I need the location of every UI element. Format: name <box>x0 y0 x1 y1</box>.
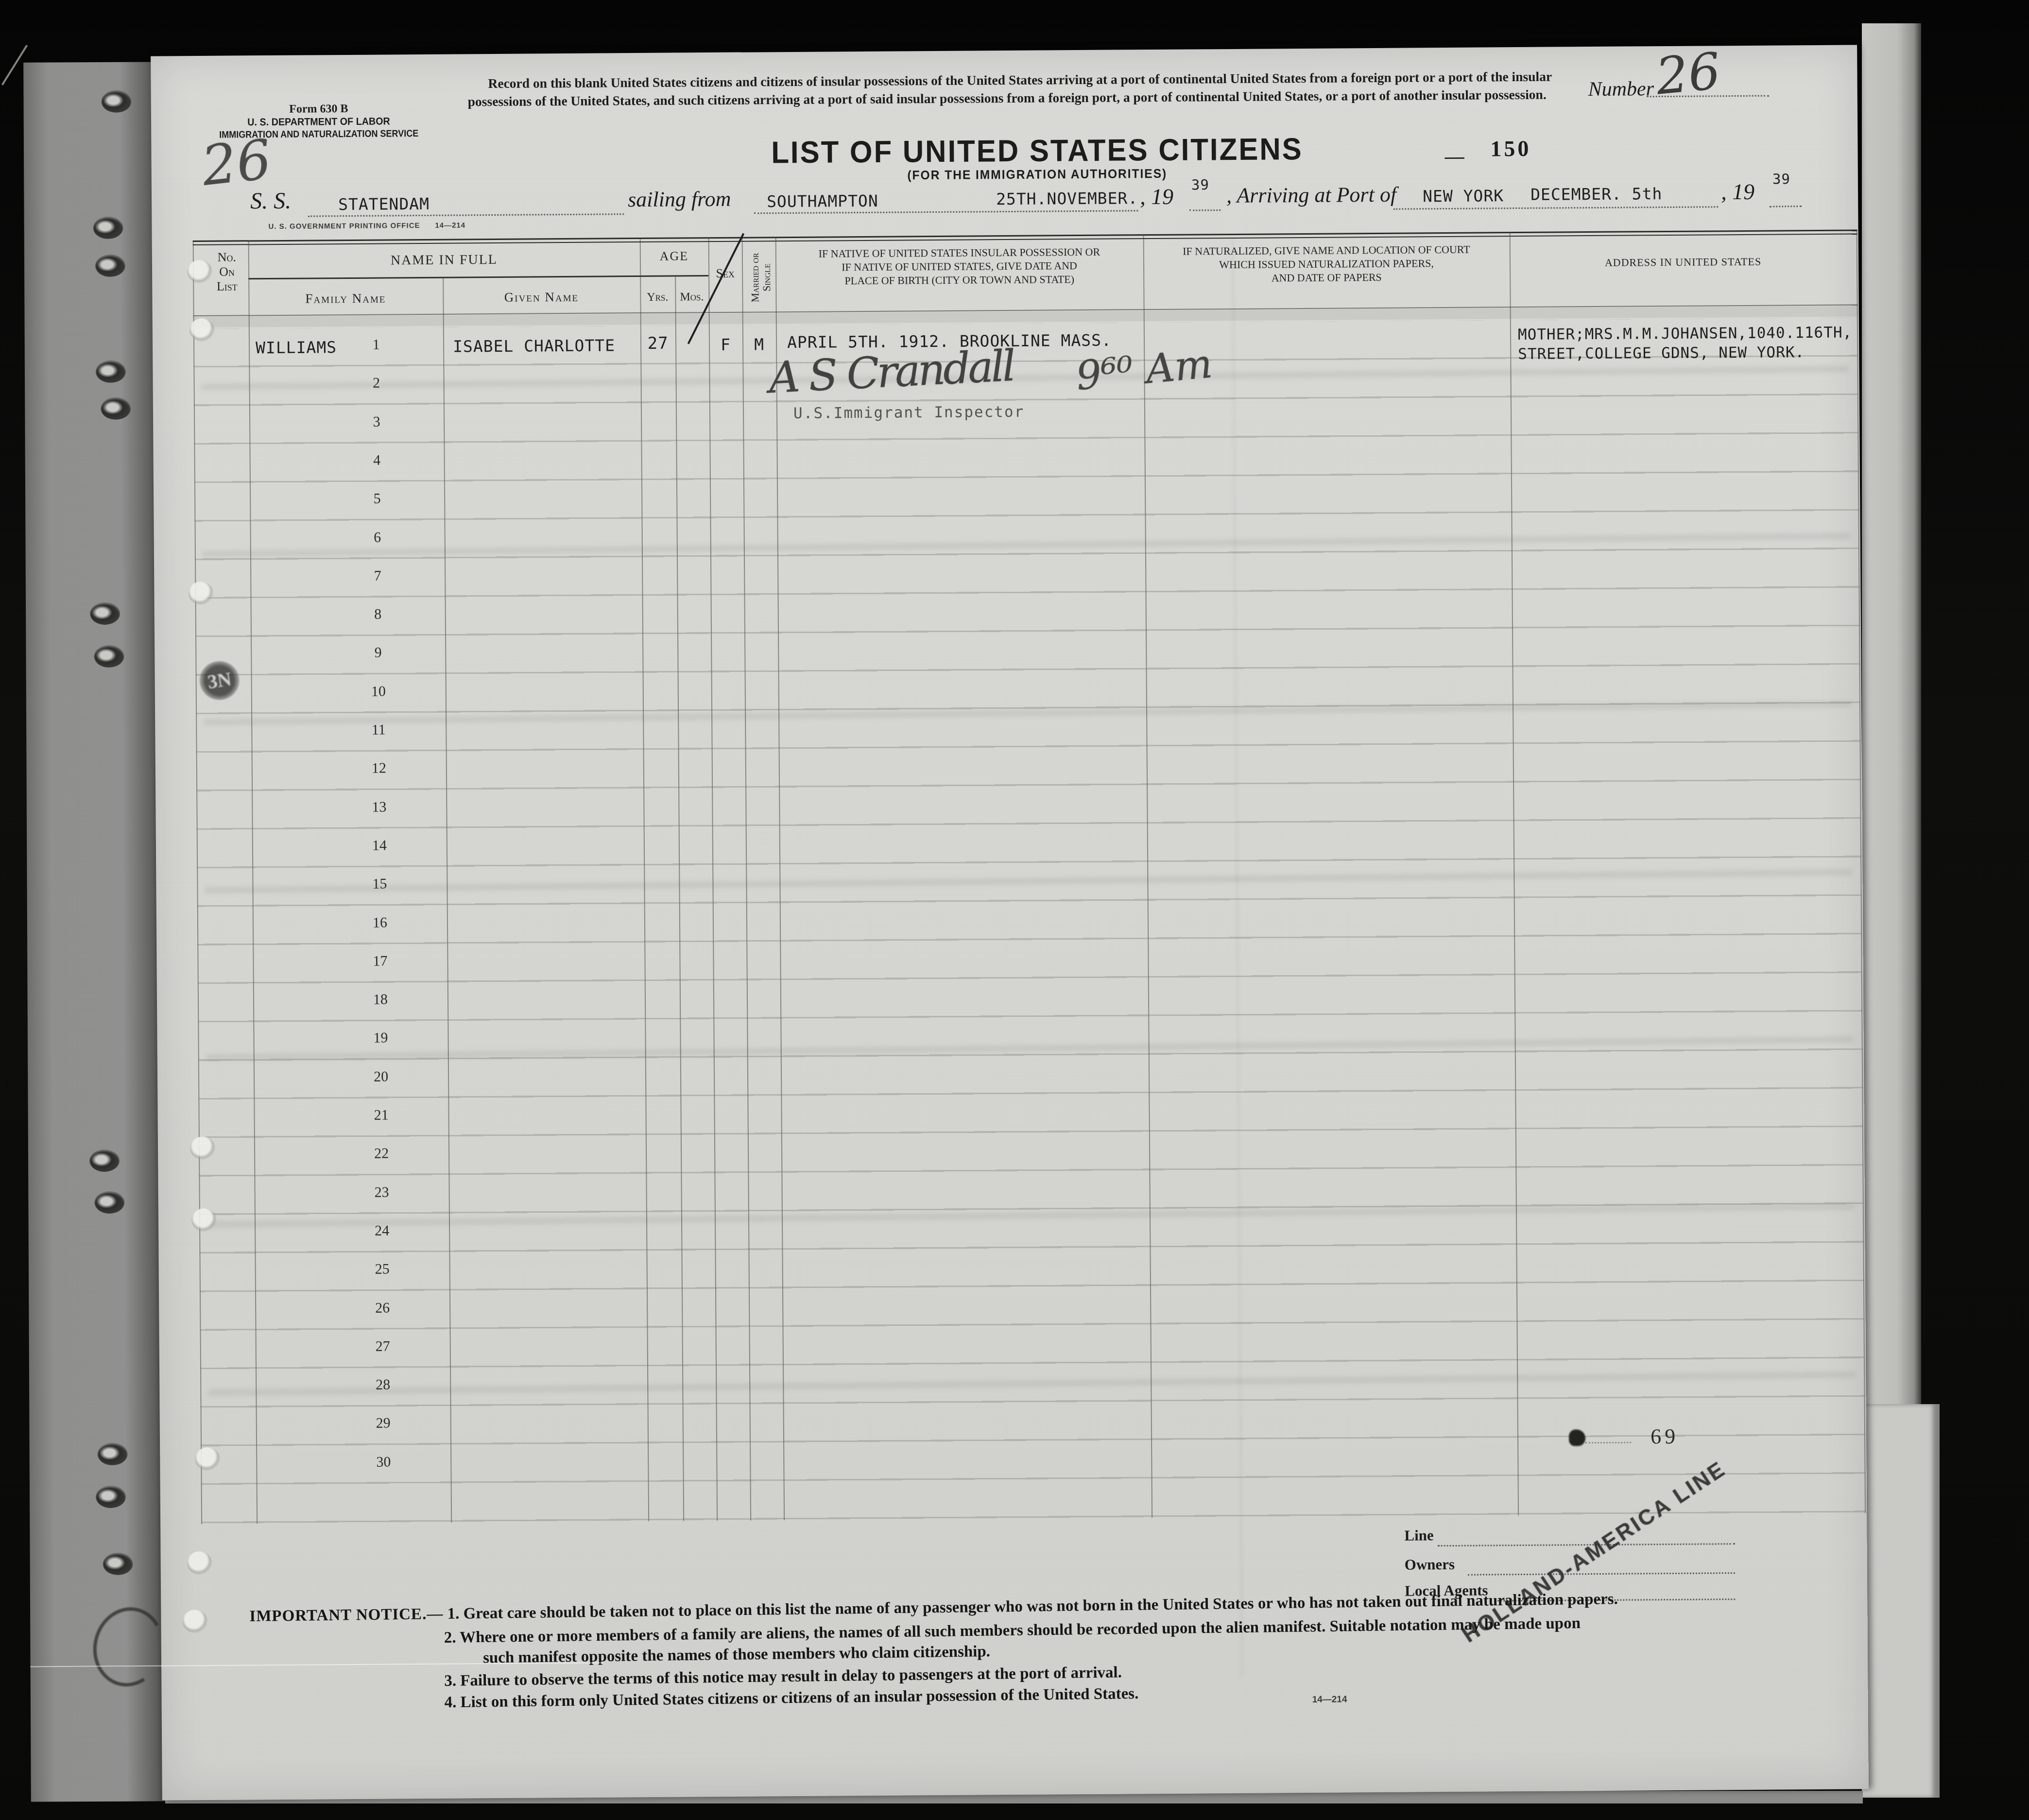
pencil-c-mark <box>85 1600 172 1694</box>
second-page-edge-lower <box>1862 1404 1940 1798</box>
punch-hole <box>182 1610 207 1633</box>
punch-hole <box>187 1551 212 1575</box>
row-number: 23 <box>366 1184 397 1201</box>
stamp-3n-text: 3N <box>198 666 241 694</box>
number-label: Number <box>1588 77 1654 101</box>
row-ruling <box>193 318 1866 1525</box>
cell-married-or-single: M <box>742 335 776 354</box>
cell-given-name: ISABEL CHARLOTTE <box>453 336 615 356</box>
row-number: 25 <box>367 1261 398 1278</box>
port-of-arrival: NEW YORK <box>1423 186 1504 206</box>
departure-date: 25TH.NOVEMBER. <box>996 189 1138 208</box>
row-number: 21 <box>365 1107 396 1123</box>
sailing-from-label: sailing from <box>628 187 731 212</box>
punch-hole <box>191 1208 217 1232</box>
row-number: 3 <box>361 413 392 430</box>
row-number: 17 <box>364 953 395 969</box>
row-number: 16 <box>364 914 395 931</box>
punch-hole <box>189 318 215 342</box>
punch-hole <box>195 1447 220 1471</box>
manifest-page: 26 Form 630 B U. S. DEPARTMENT OF LABOR … <box>151 45 1869 1800</box>
punch-hole <box>187 260 212 283</box>
departure-year-rule <box>1189 209 1221 211</box>
row-number: 13 <box>363 799 395 815</box>
punch-hole <box>188 582 213 605</box>
row-number: 14 <box>364 837 395 854</box>
binding-strip <box>23 62 168 1802</box>
row-number: 9 <box>362 645 394 661</box>
holland-america-stamp: HOLLAND-AMERICA LINE <box>1424 1472 1765 1635</box>
form-instructions: Record on this blank United States citiz… <box>467 67 1574 110</box>
row-number: 19 <box>365 1030 396 1047</box>
binder-eyelet <box>90 602 120 625</box>
name-age-subrule <box>248 275 708 279</box>
binder-eyelet <box>96 1486 126 1508</box>
cell-address-line1: MOTHER;MRS.M.M.JOHANSEN,1040.116TH, <box>1518 324 1852 343</box>
arriving-label: , Arriving at Port of <box>1226 182 1396 208</box>
row-number: 7 <box>362 567 393 584</box>
row-number: 22 <box>366 1146 397 1162</box>
cell-age-yrs: 27 <box>640 334 675 353</box>
binder-eyelet <box>103 1553 133 1575</box>
scanned-manifest: 26 Form 630 B U. S. DEPARTMENT OF LABOR … <box>0 0 2029 1820</box>
gpo-imprint: U. S. GOVERNMENT PRINTING OFFICE 14—214 <box>268 221 465 231</box>
row-number: 30 <box>368 1454 399 1470</box>
row-number: 18 <box>365 991 396 1008</box>
ink-blot <box>1569 1429 1585 1446</box>
cell-sex: F <box>709 335 742 354</box>
header-birth: IF NATIVE OF UNITED STATES INSULAR POSSE… <box>775 245 1144 288</box>
row-number: 10 <box>363 683 394 700</box>
departure-year: 39 <box>1191 176 1209 193</box>
row-number: 29 <box>368 1415 399 1432</box>
arrival-year: 39 <box>1772 171 1790 187</box>
header-yrs: Yrs. <box>640 291 675 304</box>
header-given-name: Given Name <box>443 289 640 306</box>
form-id-line2: U. S. DEPARTMENT OF LABOR <box>211 116 426 129</box>
punch-hole <box>190 1136 215 1160</box>
row-number: 11 <box>363 721 394 738</box>
row-number: 6 <box>362 529 393 546</box>
port-of-departure: SOUTHAMPTON <box>767 191 878 211</box>
binder-eyelet <box>96 361 126 383</box>
cell-family-name: WILLIAMS <box>256 338 337 357</box>
binder-eyelet <box>89 1150 120 1172</box>
binder-eyelet <box>98 1443 128 1465</box>
cell-address-line2: STREET,COLLEGE GDNS, NEW YORK. <box>1518 343 1805 363</box>
arrival-date: DECEMBER. 5th <box>1530 184 1663 204</box>
row-number: 12 <box>363 760 395 777</box>
header-married-or-single: Married or Single <box>749 234 773 321</box>
row-number: 20 <box>365 1068 396 1085</box>
sheet-dash: — <box>1444 145 1464 168</box>
row-number: 8 <box>362 606 394 622</box>
header-name-in-full: NAME IN FULL <box>248 251 640 269</box>
header-family-name: Family Name <box>248 291 443 307</box>
header-age: AGE <box>640 249 708 264</box>
row-number: 5 <box>361 491 393 507</box>
binder-eyelet <box>94 1191 124 1214</box>
row-number: 27 <box>367 1338 398 1355</box>
print-code: 14—214 <box>1312 1694 1347 1705</box>
header-address: ADDRESS IN UNITED STATES <box>1510 255 1857 270</box>
binder-eyelet <box>101 90 131 113</box>
inspector-title: U.S.Immigrant Inspector <box>793 403 1024 422</box>
ink-blot-trail <box>1585 1442 1631 1444</box>
departure-year-prefix: , 19 <box>1140 184 1173 209</box>
header-naturalization: IF NATURALIZED, GIVE NAME AND LOCATION O… <box>1143 242 1510 286</box>
sheet-code: 150 <box>1490 136 1531 162</box>
header-mos: Mos. <box>675 291 708 304</box>
binder-eyelet <box>94 645 124 668</box>
sheet-mark-69: 69 <box>1651 1424 1679 1449</box>
row-number: 26 <box>367 1300 398 1316</box>
row-number: 4 <box>361 452 393 468</box>
arrival-year-rule <box>1770 206 1802 207</box>
form-id-line1: Form 630 B <box>205 102 433 117</box>
binder-eyelet <box>93 217 123 239</box>
arrival-year-prefix: , 19 <box>1721 179 1754 205</box>
vessel-name: STATENDAM <box>338 194 430 214</box>
form-id-line3: IMMIGRATION AND NATURALIZATION SERVICE <box>216 128 422 141</box>
number-value-handwritten: 26 <box>1653 41 1723 106</box>
form-title: LIST OF UNITED STATES CITIZENS <box>699 131 1375 171</box>
arrival-rule <box>1393 206 1718 209</box>
ss-label: S. S. <box>250 188 291 215</box>
stamp-3n-smudge: 3N <box>199 661 240 701</box>
binder-eyelet <box>101 397 131 420</box>
vessel-name-rule <box>308 213 624 217</box>
binder-eyelet <box>95 255 125 277</box>
row-number: 1 <box>361 336 392 353</box>
notice-label: IMPORTANT NOTICE.— <box>249 1605 443 1625</box>
